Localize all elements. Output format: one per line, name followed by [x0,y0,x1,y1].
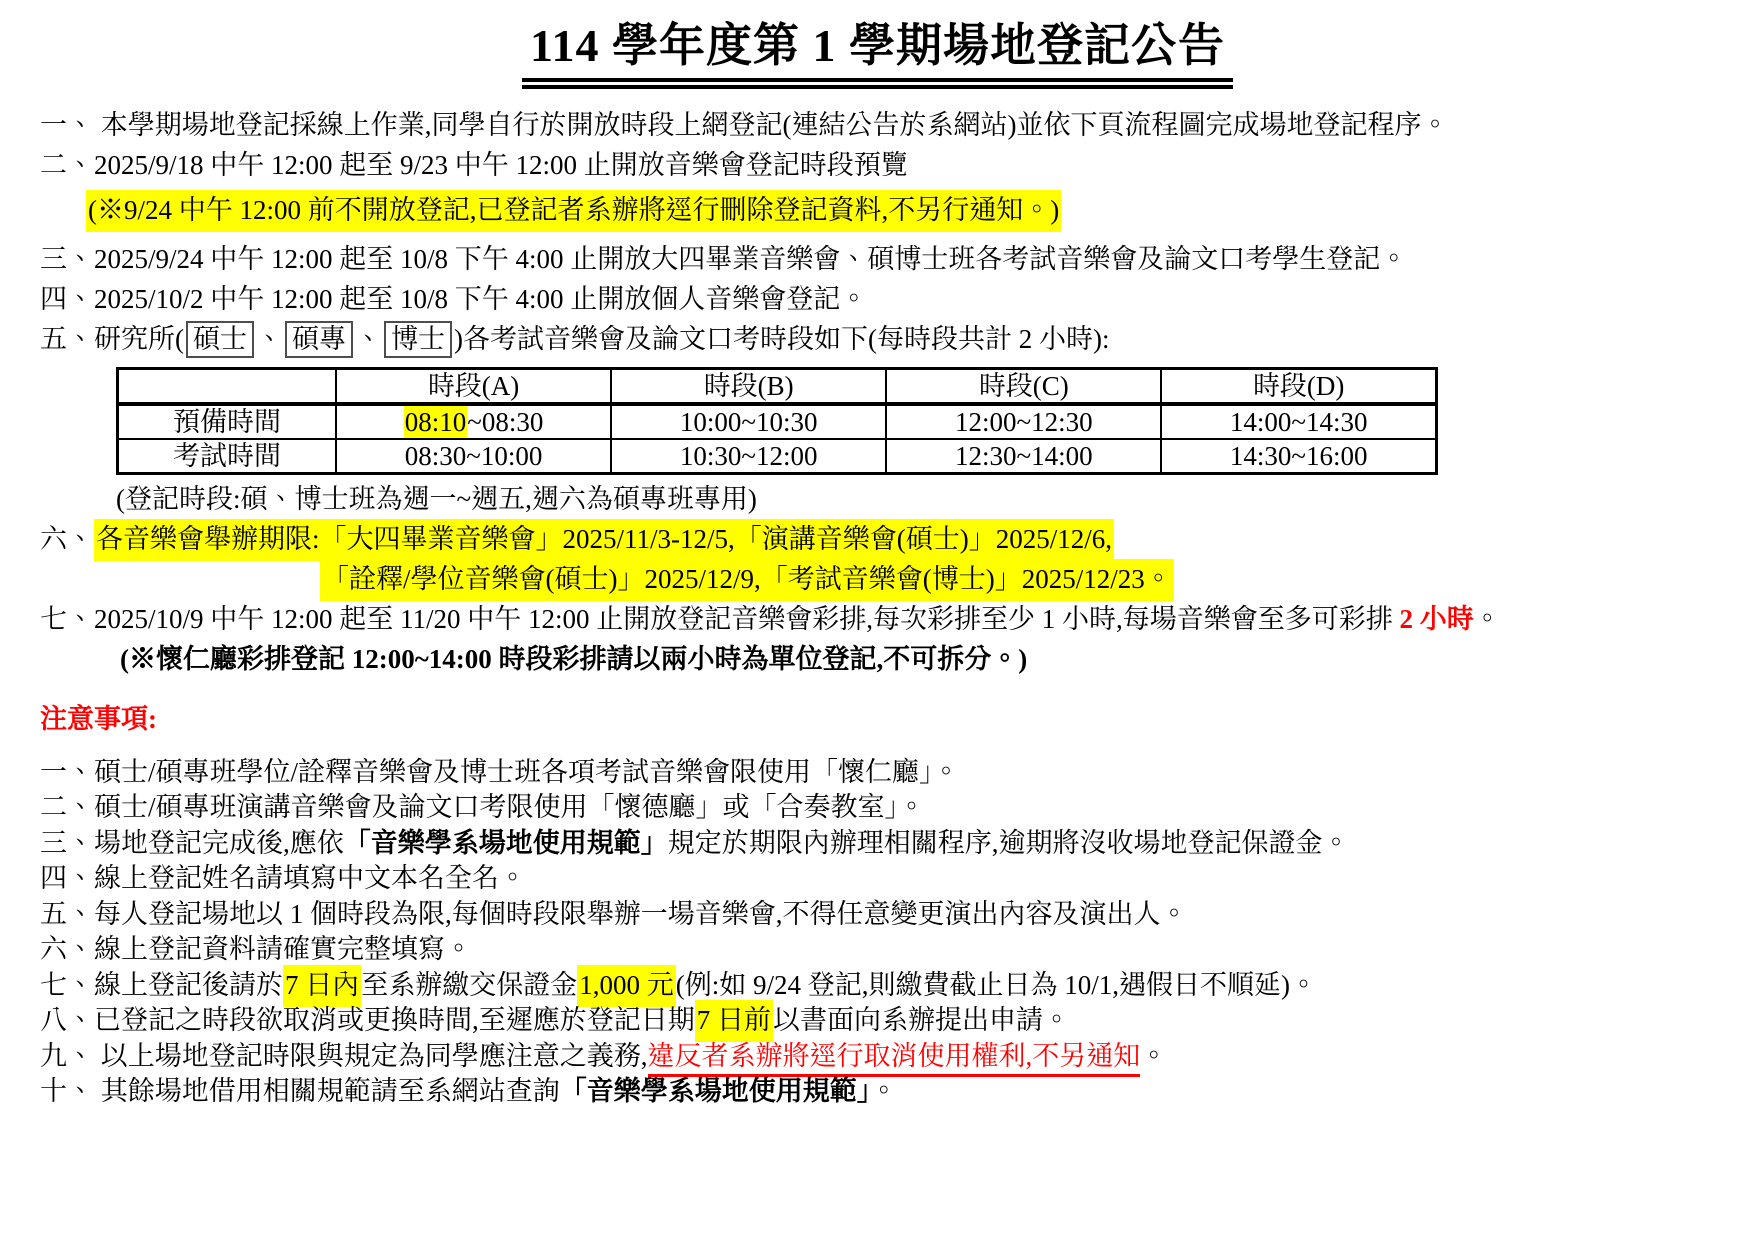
announcement-page: 114 學年度第 1 學期場地登記公告 一、 本學期場地登記採線上作業,同學自行… [0,0,1755,1241]
table-cell: 12:30~14:00 [886,439,1161,474]
table-cell: 08:30~10:00 [336,439,611,474]
text-run: 六、線上登記資料請確實完整填寫。 [40,934,472,964]
text-run: )各考試音樂會及論文口考時段如下(每時段共計 2 小時): [454,324,1109,354]
registration-warning-highlight: (※9/24 中午 12:00 前不開放登記,已登記者系辦將逕行刪除登記資料,不… [86,190,1061,232]
notice-7: 七、線上登記後請於7 日內至系辦繳交保證金1,000 元(例:如 9/24 登記… [40,968,1715,1004]
table-header-cell: 時段(D) [1161,368,1436,404]
text-run: 12:00~12:30 [955,407,1093,437]
notice-1: 一、碩士/碩專班學位/詮釋音樂會及博士班各項考試音樂會限使用「懷仁廳」。 [40,755,1715,791]
text-run: 。 [870,1076,897,1106]
text-run: 。 [1140,1041,1167,1071]
text-run: 。 [1474,604,1501,634]
degree-tag-doctoral: 博士 [384,321,452,358]
notice-4: 四、線上登記姓名請填寫中文本名全名。 [40,861,1715,897]
text-run: 14:30~16:00 [1230,441,1368,471]
text-run: 七、線上登記後請於 [40,970,283,1000]
text-run: 至系辦繳交保證金 [361,970,577,1000]
notice-8: 八、已登記之時段欲取消或更換時間,至遲應於登記日期7 日前以書面向系辦提出申請。 [40,1003,1715,1039]
item-7: 七、2025/10/9 中午 12:00 起至 11/20 中午 12:00 止… [40,599,1715,639]
item-6-line-2: 「詮釋/學位音樂會(碩士)」2025/12/9,「考試音樂會(博士)」2025/… [320,559,1715,599]
notice-2: 二、碩士/碩專班演講音樂會及論文口考限使用「懷德廳」或「合奏教室」。 [40,790,1715,826]
text-run: 六、 [40,524,94,554]
table-cell: 14:00~14:30 [1161,404,1436,439]
schedule-table-note: (登記時段:碩、博士班為週一~週五,週六為碩專班專用) [116,479,1715,519]
violation-warning: 違反者系辦將逕行取消使用權利,不另通知 [648,1041,1141,1077]
text-run: 一、 本學期場地登記採線上作業,同學自行於開放時段上網登記(連結公告於系網站)並… [40,110,1448,140]
concert-deadline-highlight-1: 各音樂會舉辦期限:「大四畢業音樂會」2025/11/3-12/5,「演講音樂會(… [94,519,1114,561]
text-run: 五、每人登記場地以 1 個時段為限,每個時段限舉辦一場音樂會,不得任意變更演出內… [40,899,1188,929]
degree-tag-master: 碩士 [186,321,254,358]
text-run: 七、2025/10/9 中午 12:00 起至 11/20 中午 12:00 止… [40,604,1400,634]
text-run: 以書面向系辦提出申請。 [773,1005,1070,1035]
text-run: 10:30~12:00 [680,441,818,471]
rehearsal-note: (※懷仁廳彩排登記 12:00~14:00 時段彩排請以兩小時為單位登記,不可拆… [120,644,1027,674]
text-run: 10:00~10:30 [680,407,818,437]
text-run: 規定於期限內辦理相關程序,逾期將沒收場地登記保證金。 [668,828,1350,858]
table-row-label: 預備時間 [118,404,337,439]
item-2-warning: (※9/24 中午 12:00 前不開放登記,已登記者系辦將逕行刪除登記資料,不… [86,190,1715,230]
text-run: 、 [256,324,283,354]
table-row: 考試時間08:30~10:0010:30~12:0012:30~14:0014:… [118,439,1437,474]
text-run: 四、2025/10/2 中午 12:00 起至 10/8 下午 4:00 止開放… [40,284,867,314]
text-run: 14:00~14:30 [1230,407,1368,437]
item-6-line-1: 六、各音樂會舉辦期限:「大四畢業音樂會」2025/11/3-12/5,「演講音樂… [40,519,1715,559]
table-cell: 08:10~08:30 [336,404,611,439]
text-run: ~08:30 [467,407,543,437]
concert-deadline-highlight-2: 「詮釋/學位音樂會(碩士)」2025/12/9,「考試音樂會(博士)」2025/… [320,559,1174,601]
item-5: 五、研究所(碩士、碩專、博士)各考試音樂會及論文口考時段如下(每時段共計 2 小… [40,319,1715,359]
text-run: 四、線上登記姓名請填寫中文本名全名。 [40,863,526,893]
item-1: 一、 本學期場地登記採線上作業,同學自行於開放時段上網登記(連結公告於系網站)並… [40,105,1715,145]
announcement-body: 一、 本學期場地登記採線上作業,同學自行於開放時段上網登記(連結公告於系網站)並… [40,105,1715,1110]
venue-rules-reference: 「音樂學系場地使用規範」 [344,828,668,858]
notice-heading-label: 注意事項: [40,704,157,734]
degree-tag-master-inservice: 碩專 [285,321,353,358]
notice-5: 五、每人登記場地以 1 個時段為限,每個時段限舉辦一場音樂會,不得任意變更演出內… [40,897,1715,933]
table-header-cell: 時段(B) [611,368,886,404]
text-run: 08:30~10:00 [405,441,543,471]
deposit-amount-highlight: 1,000 元 [577,965,676,1007]
prep-time-a-highlight: 08:10 [404,404,468,439]
text-run: 一、碩士/碩專班學位/詮釋音樂會及博士班各項考試音樂會限使用「懷仁廳」。 [40,757,960,787]
text-run: 十、 其餘場地借用相關規範請至系網站查詢 [40,1076,560,1106]
text-run: 五、研究所( [40,324,184,354]
text-run: 二、2025/9/18 中午 12:00 起至 9/23 中午 12:00 止開… [40,150,908,180]
table-cell: 10:00~10:30 [611,404,886,439]
table-header-row: 時段(A)時段(B)時段(C)時段(D) [118,368,1437,404]
table-cell: 10:30~12:00 [611,439,886,474]
text-run: 、 [355,324,382,354]
table-row-label: 考試時間 [118,439,337,474]
table-header-cell: 時段(A) [336,368,611,404]
item-4: 四、2025/10/2 中午 12:00 起至 10/8 下午 4:00 止開放… [40,279,1715,319]
text-run: 二、碩士/碩專班演講音樂會及論文口考限使用「懷德廳」或「合奏教室」。 [40,792,925,822]
deposit-deadline-highlight: 7 日內 [283,965,361,1007]
notice-10: 十、 其餘場地借用相關規範請至系網站查詢「音樂學系場地使用規範」。 [40,1074,1715,1110]
item-3: 三、2025/9/24 中午 12:00 起至 10/8 下午 4:00 止開放… [40,239,1715,279]
cancel-deadline-highlight: 7 日前 [695,1000,773,1042]
table-corner-cell [118,368,337,404]
item-7-note: (※懷仁廳彩排登記 12:00~14:00 時段彩排請以兩小時為單位登記,不可拆… [120,639,1715,679]
text-run: (例:如 9/24 登記,則繳費截止日為 10/1,遇假日不順延)。 [676,970,1317,1000]
table-cell: 14:30~16:00 [1161,439,1436,474]
venue-rules-reference-2: 「音樂學系場地使用規範」 [560,1076,871,1106]
text-run: 九、 以上場地登記時限與規定為同學應注意之義務, [40,1041,648,1071]
page-title-text: 114 學年度第 1 學期場地登記公告 [522,20,1233,89]
rehearsal-max-hours: 2 小時 [1400,604,1474,634]
table-row: 預備時間08:10~08:3010:00~10:3012:00~12:3014:… [118,404,1437,439]
table-cell: 12:00~12:30 [886,404,1161,439]
notice-6: 六、線上登記資料請確實完整填寫。 [40,932,1715,968]
text-run: 三、場地登記完成後,應依 [40,828,344,858]
notice-9: 九、 以上場地登記時限與規定為同學應注意之義務,違反者系辦將逕行取消使用權利,不… [40,1039,1715,1075]
text-run: 三、2025/9/24 中午 12:00 起至 10/8 下午 4:00 止開放… [40,244,1407,274]
page-title: 114 學年度第 1 學期場地登記公告 [40,20,1715,89]
notice-heading: 注意事項: [40,699,1715,739]
item-2: 二、2025/9/18 中午 12:00 起至 9/23 中午 12:00 止開… [40,145,1715,185]
text-run: (登記時段:碩、博士班為週一~週五,週六為碩專班專用) [116,484,757,514]
text-run: 八、已登記之時段欲取消或更換時間,至遲應於登記日期 [40,1005,695,1035]
text-run: 12:30~14:00 [955,441,1093,471]
table-header-cell: 時段(C) [886,368,1161,404]
schedule-table: 時段(A)時段(B)時段(C)時段(D)預備時間08:10~08:3010:00… [116,367,1438,475]
notice-3: 三、場地登記完成後,應依「音樂學系場地使用規範」規定於期限內辦理相關程序,逾期將… [40,826,1715,862]
